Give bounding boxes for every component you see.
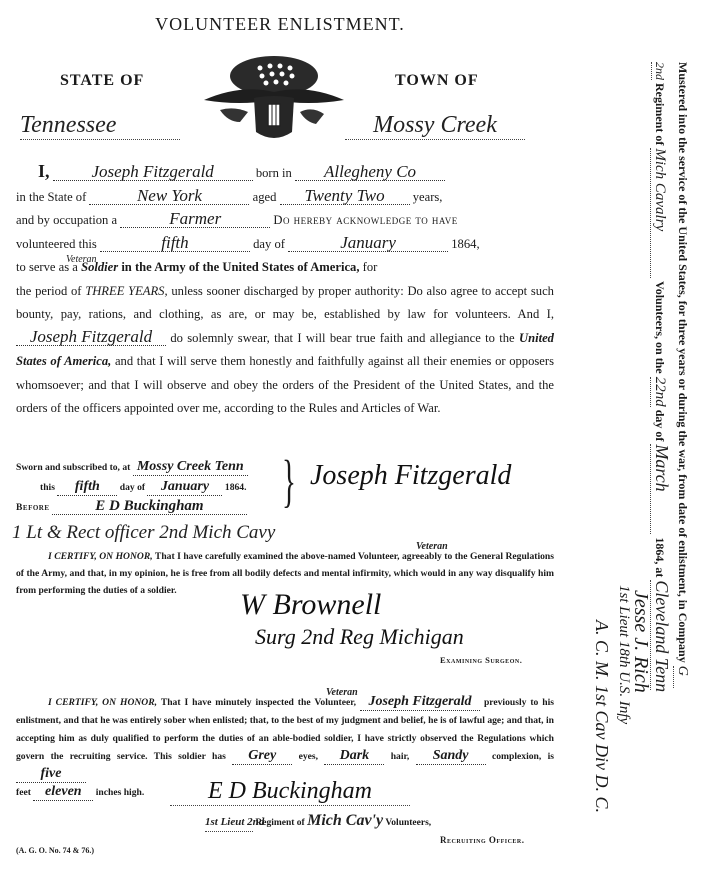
muster-regiment-label: Regiment of — [653, 83, 667, 145]
recruiter-rank: 1st Lieut 2nd — [205, 814, 253, 832]
before-label: Before — [16, 502, 50, 513]
sworn-day-of-label: day of — [120, 482, 145, 493]
before-name: E D Buckingham — [52, 498, 247, 515]
for-text: for — [363, 260, 378, 274]
recruit-name-oath: Joseph Fitzgerald — [16, 329, 166, 346]
sworn-block: Sworn and subscribed to, at Mossy Creek … — [16, 458, 316, 518]
muster-month: March — [650, 444, 672, 534]
birthplace: Allegheny Co — [295, 164, 445, 181]
recruiter-certify-heading: I CERTIFY, ON HONOR, — [48, 697, 157, 708]
document-title: VOLUNTEER ENLISTMENT. — [0, 14, 560, 35]
state-label: STATE OF — [60, 72, 144, 90]
hair-color: Dark — [324, 748, 384, 765]
recruiter-recruit-name: Joseph Fitzgerald — [360, 694, 480, 711]
veteran-insert: Veteran — [66, 248, 97, 272]
aged-label: aged — [253, 190, 277, 204]
eyes-label: eyes, — [299, 751, 318, 762]
army-text: in the Army of the United States of Amer… — [121, 260, 359, 274]
hair-label: hair, — [391, 751, 410, 762]
age: Twenty Two — [280, 188, 410, 205]
enlist-day: fifth — [100, 235, 250, 252]
years-label: years, — [413, 190, 443, 204]
height-inches: eleven — [33, 784, 93, 801]
muster-year: 1864, at — [653, 537, 667, 577]
born-in-label: born in — [256, 166, 292, 180]
muster-text-1: Mustered into the service of the United … — [676, 62, 690, 663]
town-value: Mossy Creek — [373, 112, 497, 138]
volunteers-label: Volunteers, — [385, 818, 431, 828]
period-value: THREE YEARS, — [85, 284, 167, 298]
examining-surgeon-label: Examining Surgeon. — [440, 652, 522, 669]
state-value: Tennessee — [20, 112, 116, 138]
muster-line-2: 2nd Regiment of Mich Cavalry Volunteers,… — [650, 62, 672, 690]
recruiter-regiment: Mich Cav'y — [307, 812, 383, 829]
recruiter-regiment-line: 1st Lieut 2nd Regiment of Mich Cav'y Vol… — [205, 812, 431, 832]
sworn-label: Sworn and subscribed to, at — [16, 462, 130, 473]
mustering-officer-title-1: 1st Lieut 18th U.S. Infy — [615, 585, 632, 724]
occupation: Farmer — [120, 211, 270, 228]
surgeon-certify-heading: I CERTIFY, ON HONOR, — [48, 551, 153, 562]
recruiter-signature: E D Buckingham — [208, 778, 372, 804]
surgeon-title-handwritten: Surg 2nd Reg Michigan — [255, 624, 464, 650]
muster-company: G — [673, 666, 690, 688]
i-label: I, — [38, 161, 50, 181]
enlist-year: 1864, — [451, 237, 479, 251]
town-label: TOWN OF — [395, 72, 479, 90]
order-reference: (A. G. O. No. 74 & 76.) — [16, 842, 94, 859]
day-of-label: day of — [253, 237, 285, 251]
this-label: this — [40, 482, 55, 493]
enlist-month: January — [288, 235, 448, 252]
muster-day-of-label: day of — [653, 410, 667, 442]
mustering-officer-signature: Jesse J. Rich — [629, 590, 652, 693]
feet-label: feet — [16, 787, 31, 798]
officer-note: 1 Lt & Rect officer 2nd Mich Cavy — [12, 522, 275, 544]
state-of-label: in the State of — [16, 190, 86, 204]
sworn-month: January — [147, 479, 222, 496]
sworn-place: Mossy Creek Tenn — [133, 459, 248, 476]
oath-text-1: do solemnly swear, that I will bear true… — [170, 331, 514, 345]
complexion-label: complexion, is — [492, 751, 554, 762]
muster-place: Cleveland Tenn — [650, 580, 672, 690]
eye-color: Grey — [232, 748, 292, 765]
muster-line-1: Mustered into the service of the United … — [673, 62, 690, 688]
enlistment-paragraph: I, Joseph Fitzgerald born in Allegheny C… — [16, 160, 554, 421]
eagle-emblem-icon — [200, 48, 348, 148]
mustering-officer-title-2: A. C. M. 1st Cav Div D. C. — [591, 620, 612, 813]
sworn-day: fifth — [57, 479, 117, 496]
height-feet: five — [16, 766, 86, 783]
recruit-name: Joseph Fitzgerald — [53, 164, 253, 181]
recruiter-veteran-insert: Veteran — [326, 684, 358, 702]
birth-state: New York — [89, 188, 249, 205]
muster-regiment-num: 2nd — [651, 62, 667, 80]
soldier-has-label: This soldier has — [154, 751, 226, 762]
regiment-label: Regiment of — [255, 818, 304, 828]
recruiter-text-1: That I have minutely inspected the — [161, 697, 311, 708]
muster-on-the-label: Volunteers, on the — [653, 281, 667, 374]
recruit-signature: Joseph Fitzgerald — [310, 460, 511, 492]
surgeon-signature: W Brownell — [240, 588, 381, 622]
sworn-year: 1864. — [225, 482, 247, 493]
brace-icon: } — [282, 452, 296, 510]
surgeon-veteran-insert: Veteran — [416, 538, 448, 555]
period-label: the period of — [16, 284, 81, 298]
complexion: Sandy — [416, 748, 486, 765]
inches-label: inches high. — [96, 787, 145, 798]
occupation-label: and by occupation a — [16, 213, 117, 227]
acknowledge-text: Do hereby acknowledge to have — [273, 213, 457, 227]
muster-regiment: Mich Cavalry — [650, 148, 668, 278]
muster-day: 22nd — [650, 377, 668, 407]
recruiting-officer-label: Recruiting Officer. — [440, 832, 525, 849]
